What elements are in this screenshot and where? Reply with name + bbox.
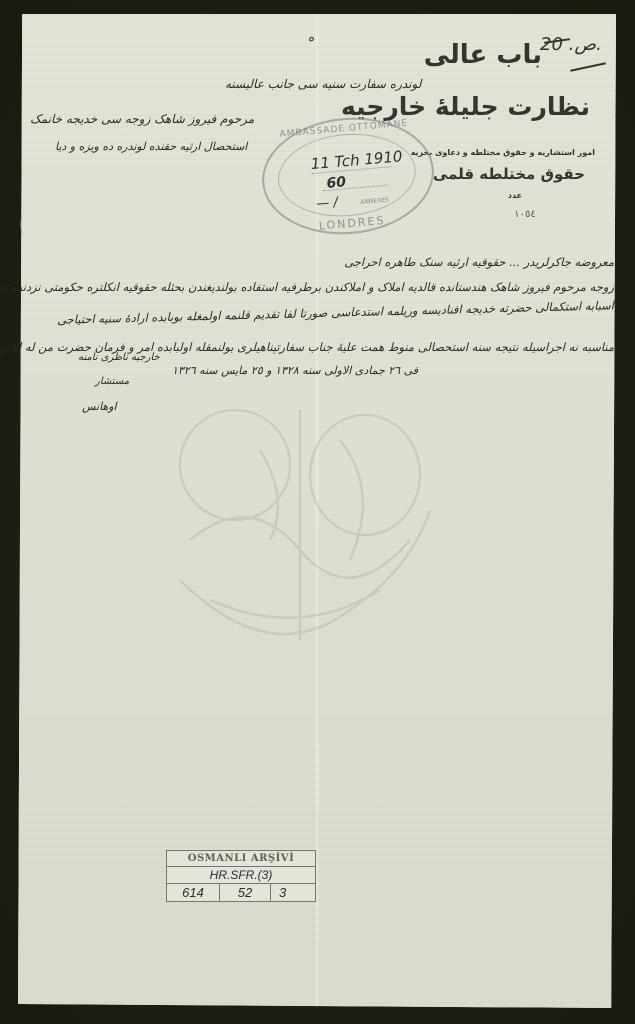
addressee-line: لوندره سفارت سنیه سی جانب عالیسنه [225, 77, 421, 91]
page-mark: ه [308, 30, 314, 44]
subject-note-line-2: استحصال ارثیه حقنده لوندره ده ویزه و دیا [55, 140, 247, 153]
stamp-annexes-value: — / [316, 195, 339, 212]
letterhead-ministry-title: نظارت جلیلهٔ خارجیه [430, 92, 590, 121]
body-line-1: معروضه جاکرلریدر ... حقوقیه ارثیه سنک طا… [24, 255, 614, 269]
archive-box-number: 614 [167, 884, 220, 901]
letterhead-tughra: باب عالی [470, 40, 542, 70]
archive-reference-row: 614 52 3 [167, 884, 315, 901]
stamp-inner-ring [275, 128, 420, 222]
archive-file-number: 52 [220, 884, 271, 901]
letterhead-subtitle: امور استشاریه و حقوق مختلطه و دعاوی بحری… [430, 148, 595, 157]
watermark-seal-icon [150, 390, 450, 660]
signature-title: خارجیه ناظری نامنه [78, 352, 160, 363]
signature-rank: مستشار [95, 376, 129, 387]
signature-name: اوهانس [82, 400, 117, 413]
subject-note-line-1: مرحوم فیروز شاهک زوجه سی خدیجه خانمک [30, 112, 254, 126]
letterhead-department: حقوق مختلطه قلمی [445, 165, 585, 183]
archive-item-number: 3 [271, 884, 315, 901]
reference-number: ص. 20. [540, 34, 602, 55]
archive-label: OSMANLI ARŞİVİ HR.SFR.(3) 614 52 3 [166, 850, 316, 902]
body-line-2: زوجه مرحوم فیروز شاهک هندستانده قالدیه ا… [24, 280, 614, 294]
letterhead-count-value: ١٠٥٤ [500, 209, 550, 220]
letterhead-count-label: عدد [495, 191, 535, 200]
margin-mark [20, 215, 29, 235]
archive-fond-code: HR.SFR.(3) [167, 867, 315, 884]
archive-label-title: OSMANLI ARŞİVİ [167, 851, 315, 867]
date-line: فی ٢٦ جمادی الاولی سنه ١٣٢٨ و ٢٥ مایس سن… [172, 364, 418, 377]
